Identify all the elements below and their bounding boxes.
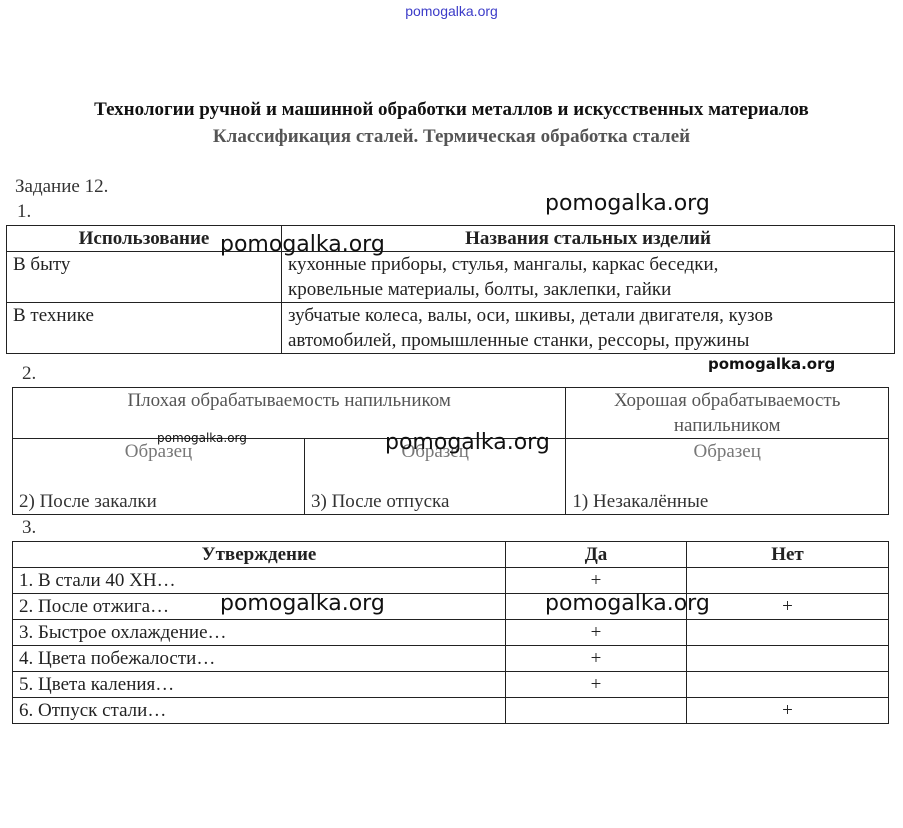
no-cell	[687, 620, 889, 646]
page-subtitle: Классификация сталей. Термическая обрабо…	[0, 126, 903, 148]
statement-cell: 6. Отпуск стали…	[13, 698, 506, 724]
usage-cell: В быту	[7, 252, 282, 303]
yes-cell: +	[506, 672, 687, 698]
table-row: 2. После отжига… +	[13, 594, 889, 620]
sample-cell: Образец 1) Незакалённые	[566, 439, 889, 515]
yes-cell: +	[506, 620, 687, 646]
sample-answer: 3) После отпуска	[311, 489, 559, 514]
col-statement: Утверждение	[13, 542, 506, 568]
sample-answer: 1) Незакалённые	[572, 489, 882, 514]
products-line: кровельные материалы, болты, заклепки, г…	[288, 277, 888, 302]
statement-cell: 1. В стали 40 ХН…	[13, 568, 506, 594]
watermark: pomogalka.org	[545, 591, 710, 616]
products-cell: кухонные приборы, стулья, мангалы, карка…	[282, 252, 895, 303]
statement-cell: 3. Быстрое охлаждение…	[13, 620, 506, 646]
no-cell: +	[687, 594, 889, 620]
no-cell	[687, 646, 889, 672]
watermark: pomogalka.org	[708, 355, 835, 373]
yes-cell: +	[506, 646, 687, 672]
statement-cell: 4. Цвета побежалости…	[13, 646, 506, 672]
good-workability-header: Хорошая обрабатываемость напильником	[566, 388, 889, 439]
table-row: 6. Отпуск стали… +	[13, 698, 889, 724]
no-cell: +	[687, 698, 889, 724]
statement-cell: 5. Цвета каления…	[13, 672, 506, 698]
table-row: В технике зубчатые колеса, валы, оси, шк…	[7, 303, 895, 354]
watermark: pomogalka.org	[545, 191, 710, 216]
watermark: pomogalka.org	[220, 591, 385, 616]
watermark: pomogalka.org	[220, 232, 385, 257]
sample-label: Образец	[572, 439, 882, 464]
no-cell	[687, 568, 889, 594]
yes-cell: +	[506, 568, 687, 594]
part1-number: 1.	[17, 201, 31, 223]
table-row: 5. Цвета каления… +	[13, 672, 889, 698]
part3-number: 3.	[22, 517, 36, 539]
usage-table: Использование Названия стальных изделий …	[6, 225, 895, 354]
sample-answer: 2) После закалки	[19, 489, 298, 514]
part2-number: 2.	[22, 363, 36, 385]
site-link[interactable]: pomogalka.org	[0, 3, 903, 19]
col-yes: Да	[506, 542, 687, 568]
table-row: 3. Быстрое охлаждение… +	[13, 620, 889, 646]
watermark: pomogalka.org	[385, 430, 550, 455]
products-line: автомобилей, промышленные станки, рессор…	[288, 328, 888, 353]
sample-cell: Образец 2) После закалки	[13, 439, 305, 515]
table-row: В быту кухонные приборы, стулья, мангалы…	[7, 252, 895, 303]
statements-table: Утверждение Да Нет 1. В стали 40 ХН… + 2…	[12, 541, 889, 724]
page-title: Технологии ручной и машинной обработки м…	[0, 99, 903, 121]
products-line: зубчатые колеса, валы, оси, шкивы, детал…	[288, 303, 888, 328]
yes-cell	[506, 698, 687, 724]
col-no: Нет	[687, 542, 889, 568]
table-row: 4. Цвета побежалости… +	[13, 646, 889, 672]
usage-cell: В технике	[7, 303, 282, 354]
task-label: Задание 12.	[15, 176, 108, 198]
table-row: 1. В стали 40 ХН… +	[13, 568, 889, 594]
watermark: pomogalka.org	[157, 431, 247, 445]
no-cell	[687, 672, 889, 698]
products-cell: зубчатые колеса, валы, оси, шкивы, детал…	[282, 303, 895, 354]
